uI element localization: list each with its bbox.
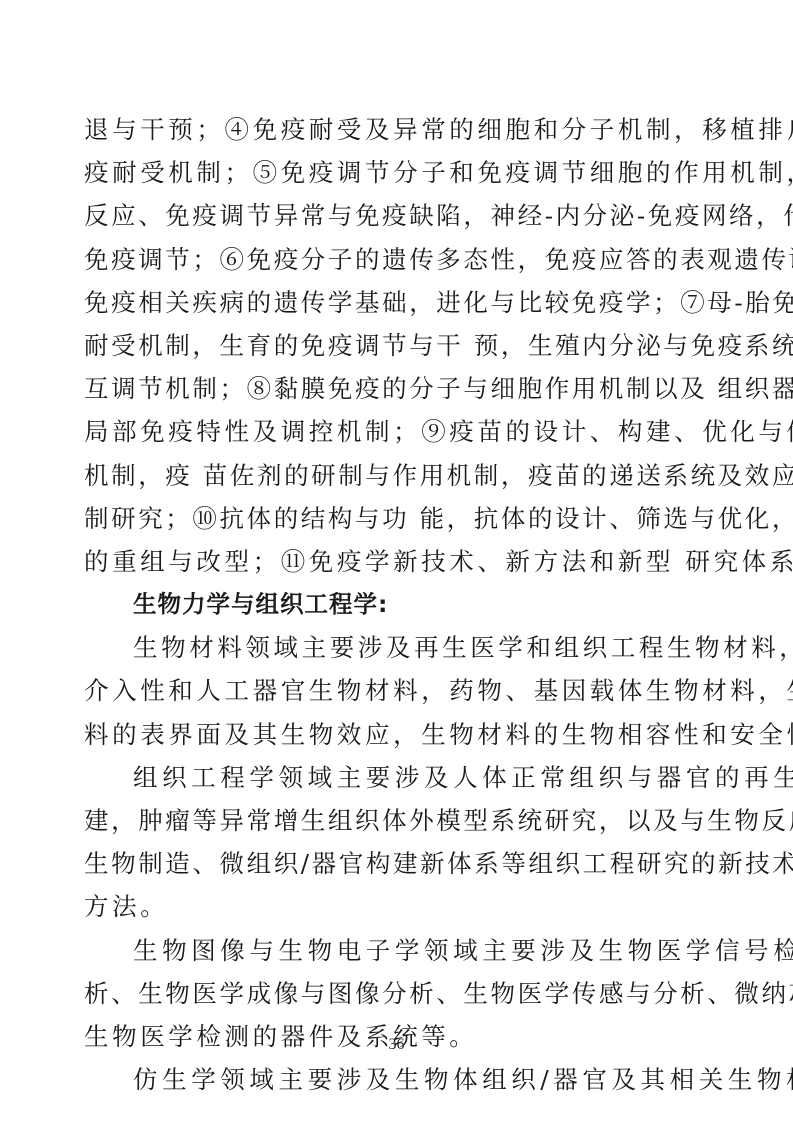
text-line: 建，肿瘤等异常增生组织体外模型系统研究，以及与生物反应器、 (84, 799, 714, 842)
text-line: 局部免疫特性及调控机制；⑨疫苗的设计、构建、优化与保护性 (84, 410, 714, 453)
text-line: 免疫调节；⑥免疫分子的遗传多态性，免疫应答的表观遗传调控， (84, 238, 714, 281)
text-line: 的重组与改型；⑪免疫学新技术、新方法和新型 研究体系。 (84, 540, 714, 583)
text-line: 介入性和人工器官生物材料，药物、基因载体生物材料，生物材 (84, 669, 714, 712)
text-line: 方法。 (84, 885, 714, 928)
text-line: 退与干预；④免疫耐受及异常的细胞和分子机制，移植排斥与免 (84, 108, 714, 151)
paragraph-start-line: 仿生学领域主要涉及生物体组织/器官及其相关生物材料的结 (84, 1058, 714, 1101)
text-line: 疫耐受机制；⑤免疫调节分子和免疫调节细胞的作用机制，免疫 (84, 151, 714, 194)
text-line: 互调节机制；⑧黏膜免疫的分子与细胞作用机制以及 组织器官的 (84, 367, 714, 410)
page-number: 36 (0, 1036, 793, 1054)
text-line: 耐受机制，生育的免疫调节与干 预，生殖内分泌与免疫系统的相 (84, 324, 714, 367)
text-line: 制研究；⑩抗体的结构与功 能，抗体的设计、筛选与优化，抗体 (84, 497, 714, 540)
text-line: 生物制造、微组织/器官构建新体系等组织工程研究的新技术与新 (84, 842, 714, 885)
text-line: 反应、免疫调节异常与免疫缺陷，神经-内分泌-免疫网络，代谢与 (84, 194, 714, 237)
paragraph-start-line: 生物图像与生物电子学领域主要涉及生物医学信号检测与分 (84, 929, 714, 972)
document-body: 退与干预；④免疫耐受及异常的细胞和分子机制，移植排斥与免 疫耐受机制；⑤免疫调节… (84, 108, 714, 1101)
section-heading: 生物力学与组织工程学: (84, 583, 714, 626)
paragraph-start-line: 组织工程学领域主要涉及人体正常组织与器官的再生与构 (84, 756, 714, 799)
text-line: 料的表界面及其生物效应，生物材料的生物相容性和安全性等。 (84, 713, 714, 756)
paragraph-start-line: 生物材料领域主要涉及再生医学和组织工程生物材料，植入、 (84, 626, 714, 669)
text-line: 机制，疫 苗佐剂的研制与作用机制，疫苗的递送系统及效应和机 (84, 454, 714, 497)
text-line: 析、生物医学成像与图像分析、生物医学传感与分析、微纳芯片、 (84, 972, 714, 1015)
text-line: 免疫相关疾病的遗传学基础，进化与比较免疫学；⑦母-胎免疫与 (84, 281, 714, 324)
